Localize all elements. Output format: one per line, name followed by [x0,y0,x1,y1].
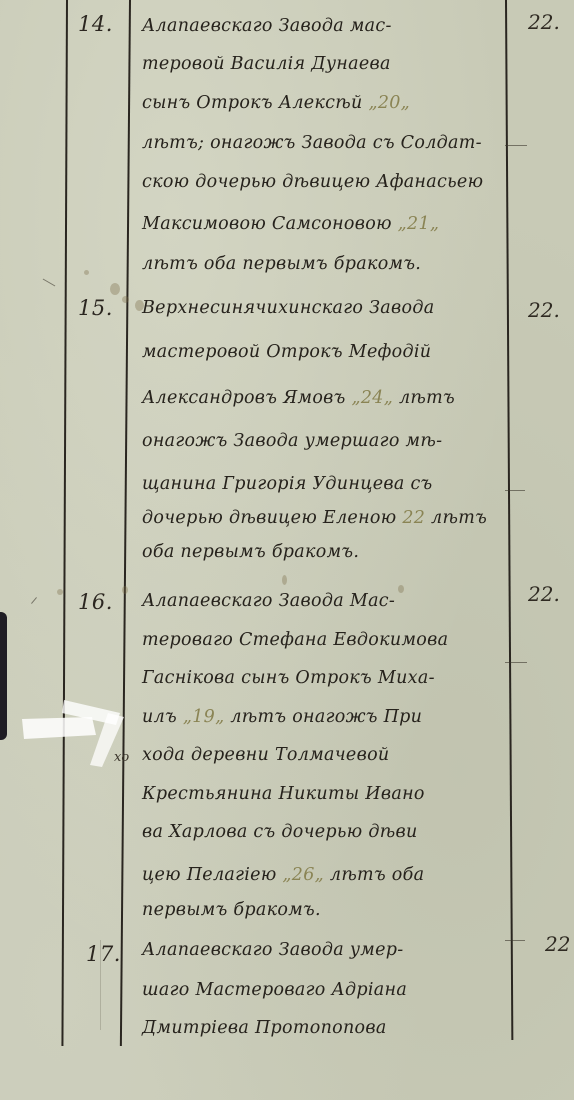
record-line: Верхнесинячихинскаго Завода [142,298,512,318]
age-value: 22 [402,508,425,528]
entry-day: 22. [528,10,560,34]
record-line: Алапаевскаго Завода Мас- [142,591,512,611]
age-value: „19„ [183,707,225,727]
ink-stain [110,283,120,295]
page-edge-shadow [0,612,7,740]
entry-day: 22. [528,298,560,322]
record-line: мастеровой Отрокъ Мефодій [142,342,512,362]
record-line: илъ „19„ лѣтъ онагожъ При [142,707,512,727]
margin-tick [43,279,56,287]
entry-number: 14. [78,12,113,36]
entry-number: 16. [78,590,113,614]
record-line: лѣтъ; онагожъ Завода съ Солдат- [142,133,512,153]
record-line: скою дочерью дѣвицею Афанасьею [142,172,512,192]
record-line: Гаснікова сынъ Отрокъ Миха- [142,668,512,688]
age-value: „21„ [398,214,440,234]
register-page: 14. 22. Алапаевскаго Завода мас- теровой… [0,0,574,1100]
record-line: хода деревни Толмачевой [142,745,512,765]
record-line: дочерью дѣвицею Еленою 22 лѣтъ [142,508,512,528]
record-line: Дмитріева Протопопова [142,1018,512,1038]
ink-stain [122,296,129,303]
ink-stain [282,575,287,585]
margin-tick [505,662,527,663]
record-line: лѣтъ оба первымъ бракомъ. [142,254,512,274]
record-line: Алапаевскаго Завода мас- [142,16,512,36]
record-line: онагожъ Завода умершаго мѣ- [142,431,512,451]
margin-tick [31,597,37,604]
entry-day: 22. [528,582,560,606]
record-line: первымъ бракомъ. [142,900,512,920]
record-line: Крестьянина Никиты Ивано [142,784,512,804]
age-value: „26„ [282,865,324,885]
record-line: цею Пелагіею „26„ лѣтъ оба [142,865,512,885]
record-line: тероваго Стефана Евдокимова [142,630,512,650]
record-line: оба первымъ бракомъ. [142,542,512,562]
record-line: Максимовою Самсоновою „21„ [142,214,512,234]
ink-stain [84,270,89,275]
record-line: ва Харлова съ дочерью дѣви [142,822,512,842]
record-line: Алапаевскаго Завода умер- [142,940,512,960]
record-line: сынъ Отрокъ Алексѣй „20„ [142,93,512,113]
entry-number: 17. [86,942,121,966]
entry-day: 22 [545,932,570,956]
record-line: щанина Григорія Удинцева съ [142,474,512,494]
number-column-rule [120,0,131,1046]
age-value: „24„ [352,388,394,408]
record-line: теровой Василія Дунаева [142,54,512,74]
age-value: „20„ [368,93,410,113]
record-line: шаго Мастероваго Адріана [142,980,512,1000]
entry-number: 15. [78,296,113,320]
line-prefix-note: хо [114,750,129,765]
left-column-rule [61,0,68,1046]
ink-stain [122,586,128,594]
record-line: Александровъ Ямовъ „24„ лѣтъ [142,388,512,408]
ink-stain [57,589,63,595]
